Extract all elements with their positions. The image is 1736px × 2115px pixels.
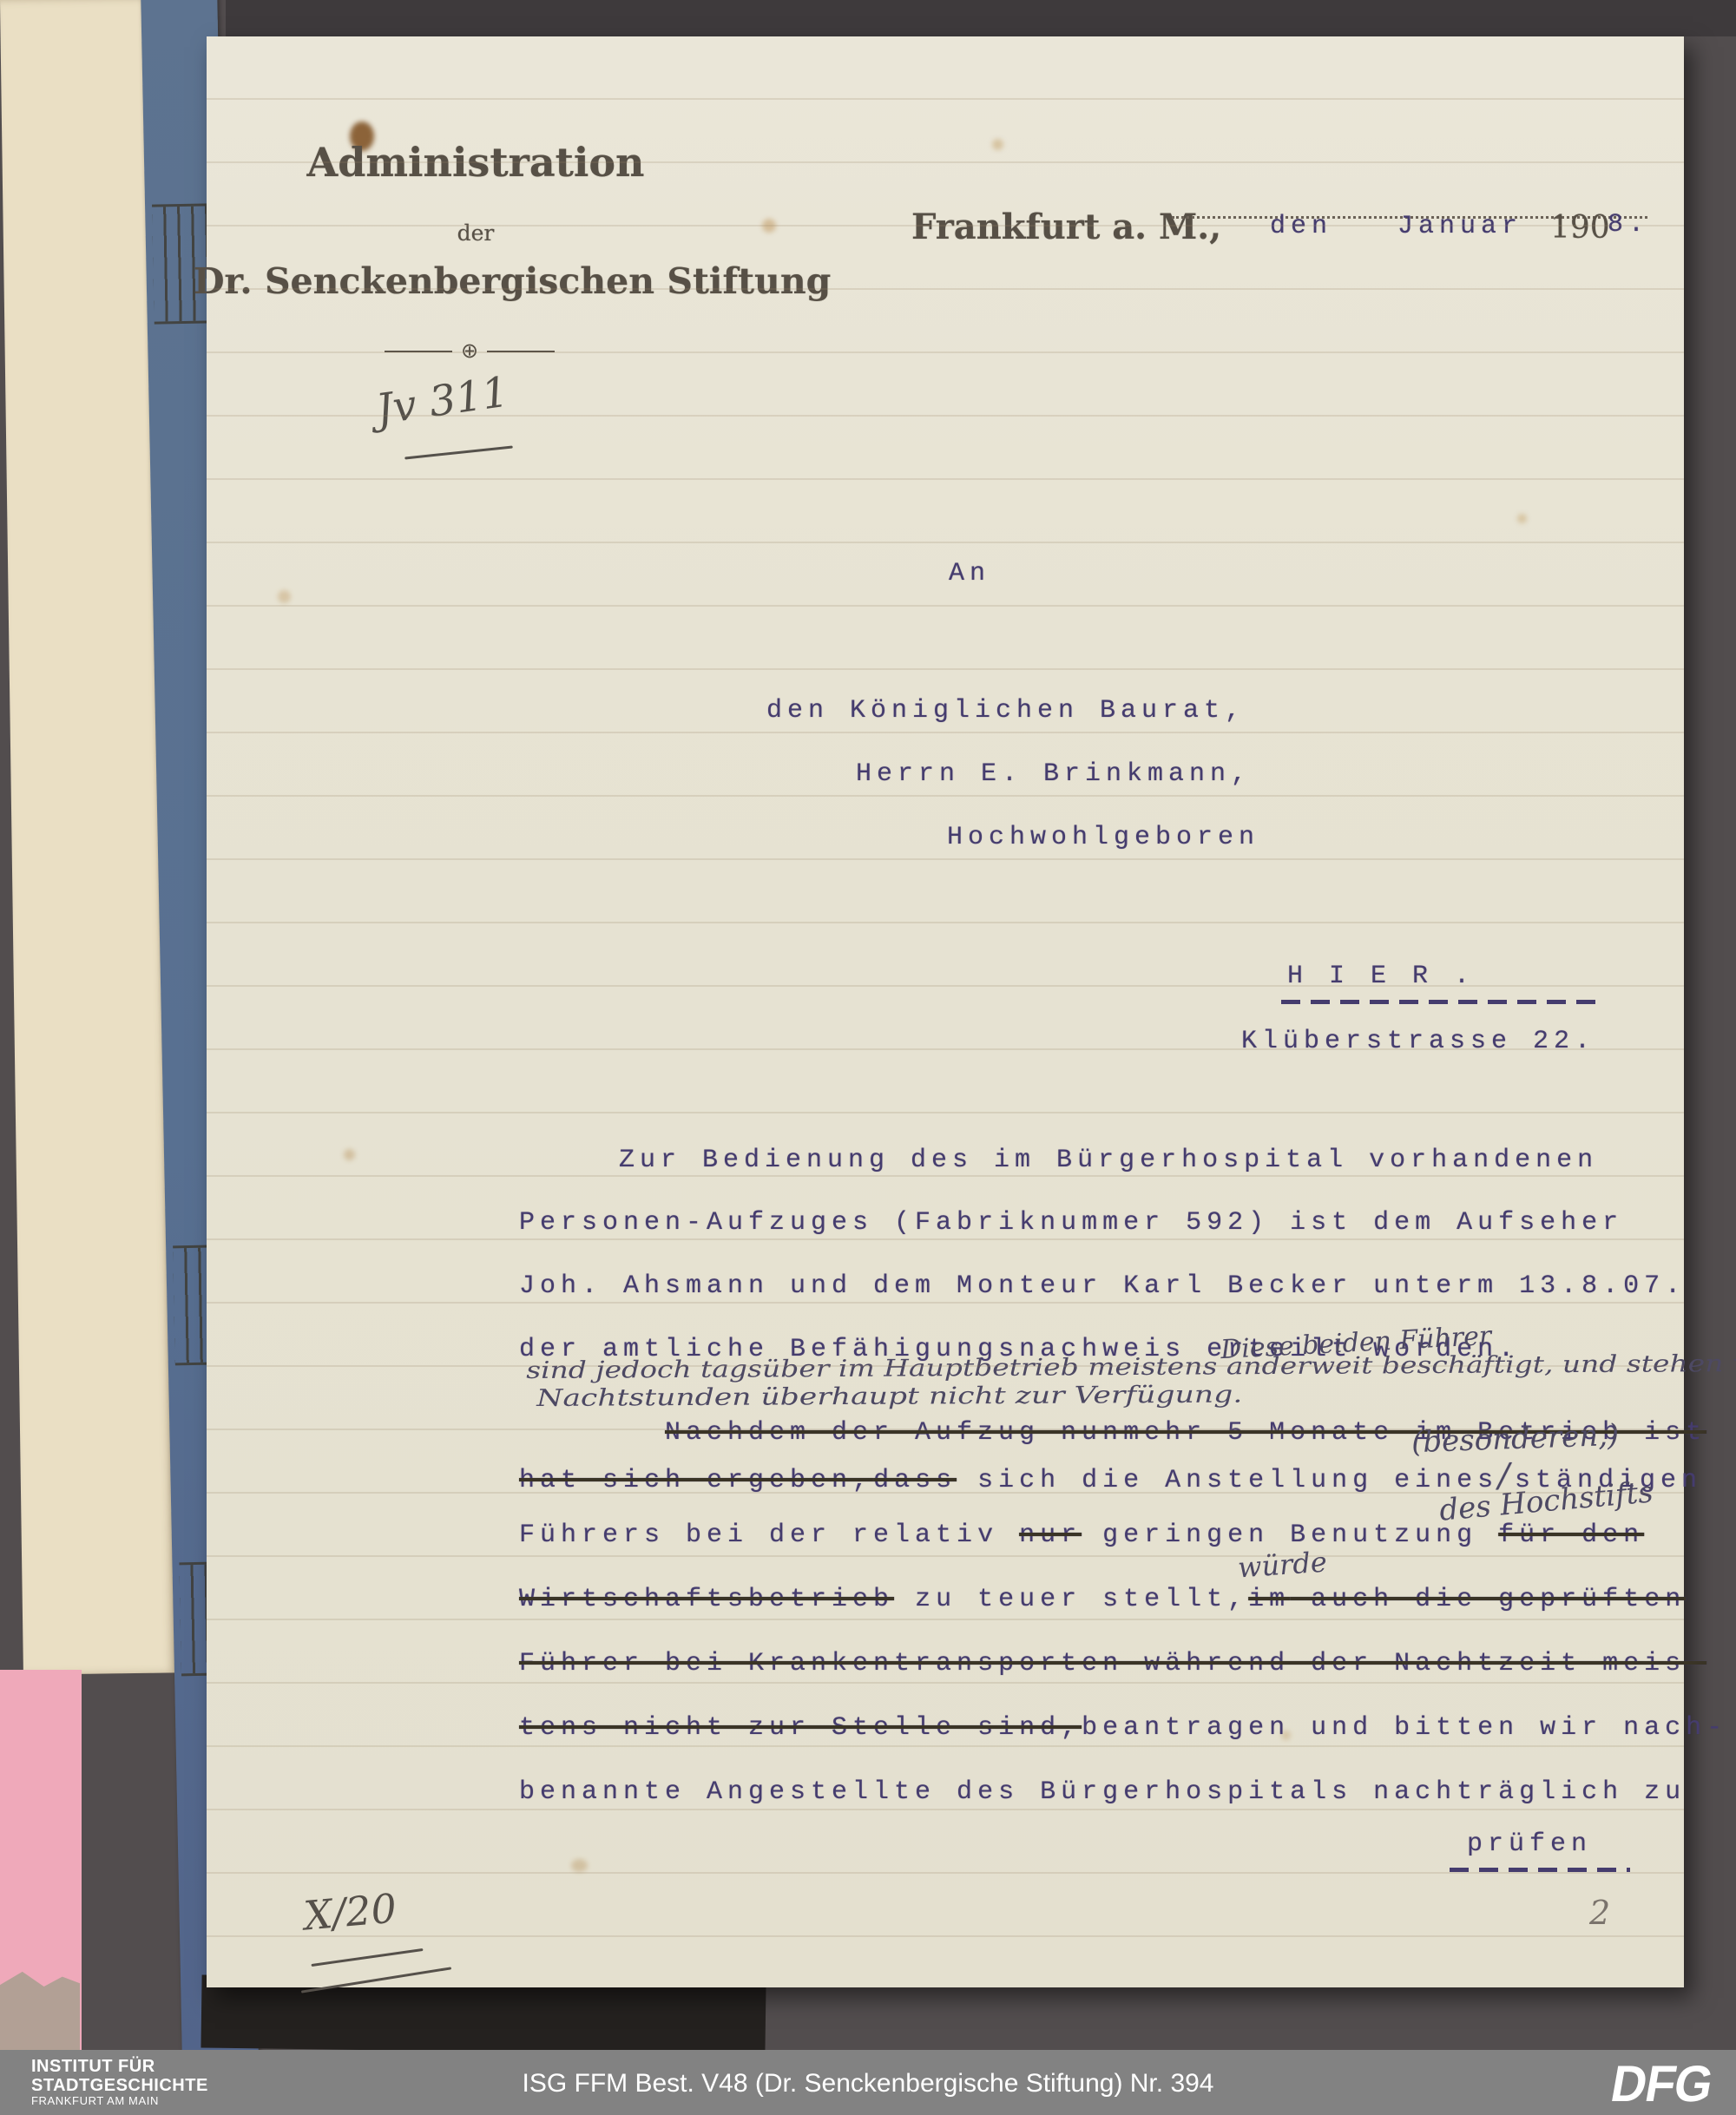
archive-reference: ISG FFM Best. V48 (Dr. Senckenbergische … xyxy=(0,2069,1736,2099)
body-line-8: Wirtschaftsbetrieb zu teuer stellt,im au… xyxy=(519,1585,1686,1614)
body-line-8-text: zu teuer stellt, xyxy=(894,1585,1248,1614)
body-line-10-text: beantragen und bitten wir nach- xyxy=(1082,1713,1727,1743)
letterhead-der: der xyxy=(215,220,736,246)
body-line-7-struck-nur: nur xyxy=(1019,1521,1082,1550)
address-street: Klüberstrasse 22. xyxy=(1241,1027,1595,1056)
pencil-underline-1 xyxy=(311,1948,423,1967)
body-line-7: Führers bei der relativ nur geringen Ben… xyxy=(519,1521,1644,1550)
handwritten-registry-number: Jv 311 xyxy=(373,368,512,435)
dateline-den: den xyxy=(1270,212,1332,241)
address-line-baurat: den Königlichen Baurat, xyxy=(766,696,1246,726)
body-line-7-text-2: geringen Benutzung xyxy=(1082,1521,1498,1550)
address-hier: H I E R . xyxy=(1287,962,1475,991)
viewer-footer-bar: INSTITUT FÜR STADTGESCHICHTE FRANKFURT A… xyxy=(0,2050,1736,2115)
body-line-11: benannte Angestellte des Bürgerhospitals… xyxy=(519,1777,1686,1807)
dateline-year-printed: 190 xyxy=(1550,210,1610,246)
dateline-year-typed: 8. xyxy=(1608,210,1649,240)
address-line-hochwohlgeboren: Hochwohlgeboren xyxy=(947,823,1259,852)
address-line-brinkmann: Herrn E. Brinkmann, xyxy=(856,759,1252,789)
body-line-2: Personen-Aufzuges (Fabriknummer 592) ist… xyxy=(519,1208,1623,1238)
body-line-7-text-1: Führers bei der relativ xyxy=(519,1521,1019,1550)
body-line-8-struck-3: auch die geprüften xyxy=(1290,1585,1686,1614)
body-line-6-struck-1: hat sich ergeben, xyxy=(519,1466,873,1495)
ornament-rule-right xyxy=(487,351,555,352)
foxing-spot xyxy=(762,219,776,233)
dfg-logo: DFG xyxy=(1607,2053,1717,2112)
ornament-rule-left xyxy=(385,351,452,352)
body-line-3: Joh. Ahsmann und dem Monteur Karl Becker… xyxy=(519,1271,1686,1301)
background-dark-strip xyxy=(226,0,1736,36)
pruefen-dashed-underline xyxy=(1450,1868,1630,1872)
handwriting-insert-wuerde: würde xyxy=(1237,1545,1328,1584)
dateline-place: Frankfurt a. M., xyxy=(911,207,1221,247)
letter-page: Administration der Dr. Senckenbergischen… xyxy=(207,36,1684,1987)
registry-underline xyxy=(404,445,513,459)
body-line-6-struck-2: dass xyxy=(873,1466,957,1495)
body-line-7-struck-fuer-den: für den xyxy=(1498,1521,1644,1550)
handwriting-insert-besonderen: (besonderen,) xyxy=(1410,1418,1619,1460)
foxing-spot xyxy=(344,1149,355,1160)
ornament-glyph: ⊕ xyxy=(461,338,478,364)
body-pruefen: prüfen xyxy=(1467,1829,1592,1859)
letterhead-administration: Administration xyxy=(215,139,736,186)
body-line-10: tens nicht zur Stelle sind,beantragen un… xyxy=(519,1713,1727,1743)
body-line-8-struck-2: im xyxy=(1248,1585,1290,1614)
pencil-page-number: 2 xyxy=(1589,1894,1610,1932)
foxing-spot xyxy=(571,1859,588,1872)
foxing-spot xyxy=(1517,514,1527,523)
body-line-9-struck: Führer bei Krankentransporten während de… xyxy=(519,1649,1706,1678)
body-line-9: Führer bei Krankentransporten während de… xyxy=(519,1649,1706,1678)
body-line-1: Zur Bedienung des im Bürgerhospital vorh… xyxy=(619,1146,1598,1175)
foxing-spot xyxy=(992,139,1003,150)
hier-dashed-underline xyxy=(1281,1000,1595,1004)
body-line-6-text: sich die Anstellung eines xyxy=(957,1466,1498,1495)
foxing-spot xyxy=(278,590,291,603)
letterhead-stiftung-name: Dr. Senckenbergischen Stiftung xyxy=(194,260,766,302)
dateline-month: Januar xyxy=(1397,212,1522,241)
handwriting-interline-2: Nachtstunden überhaupt nicht zur Verfügu… xyxy=(536,1382,1242,1412)
body-line-10-struck: tens nicht zur Stelle sind, xyxy=(519,1713,1082,1743)
address-an: An xyxy=(949,559,990,588)
letterhead-ornament: ⊕ xyxy=(385,338,555,364)
body-line-8-struck-1: Wirtschaftsbetrieb xyxy=(519,1585,894,1614)
pencil-archive-mark: X/20 xyxy=(302,1884,398,1939)
